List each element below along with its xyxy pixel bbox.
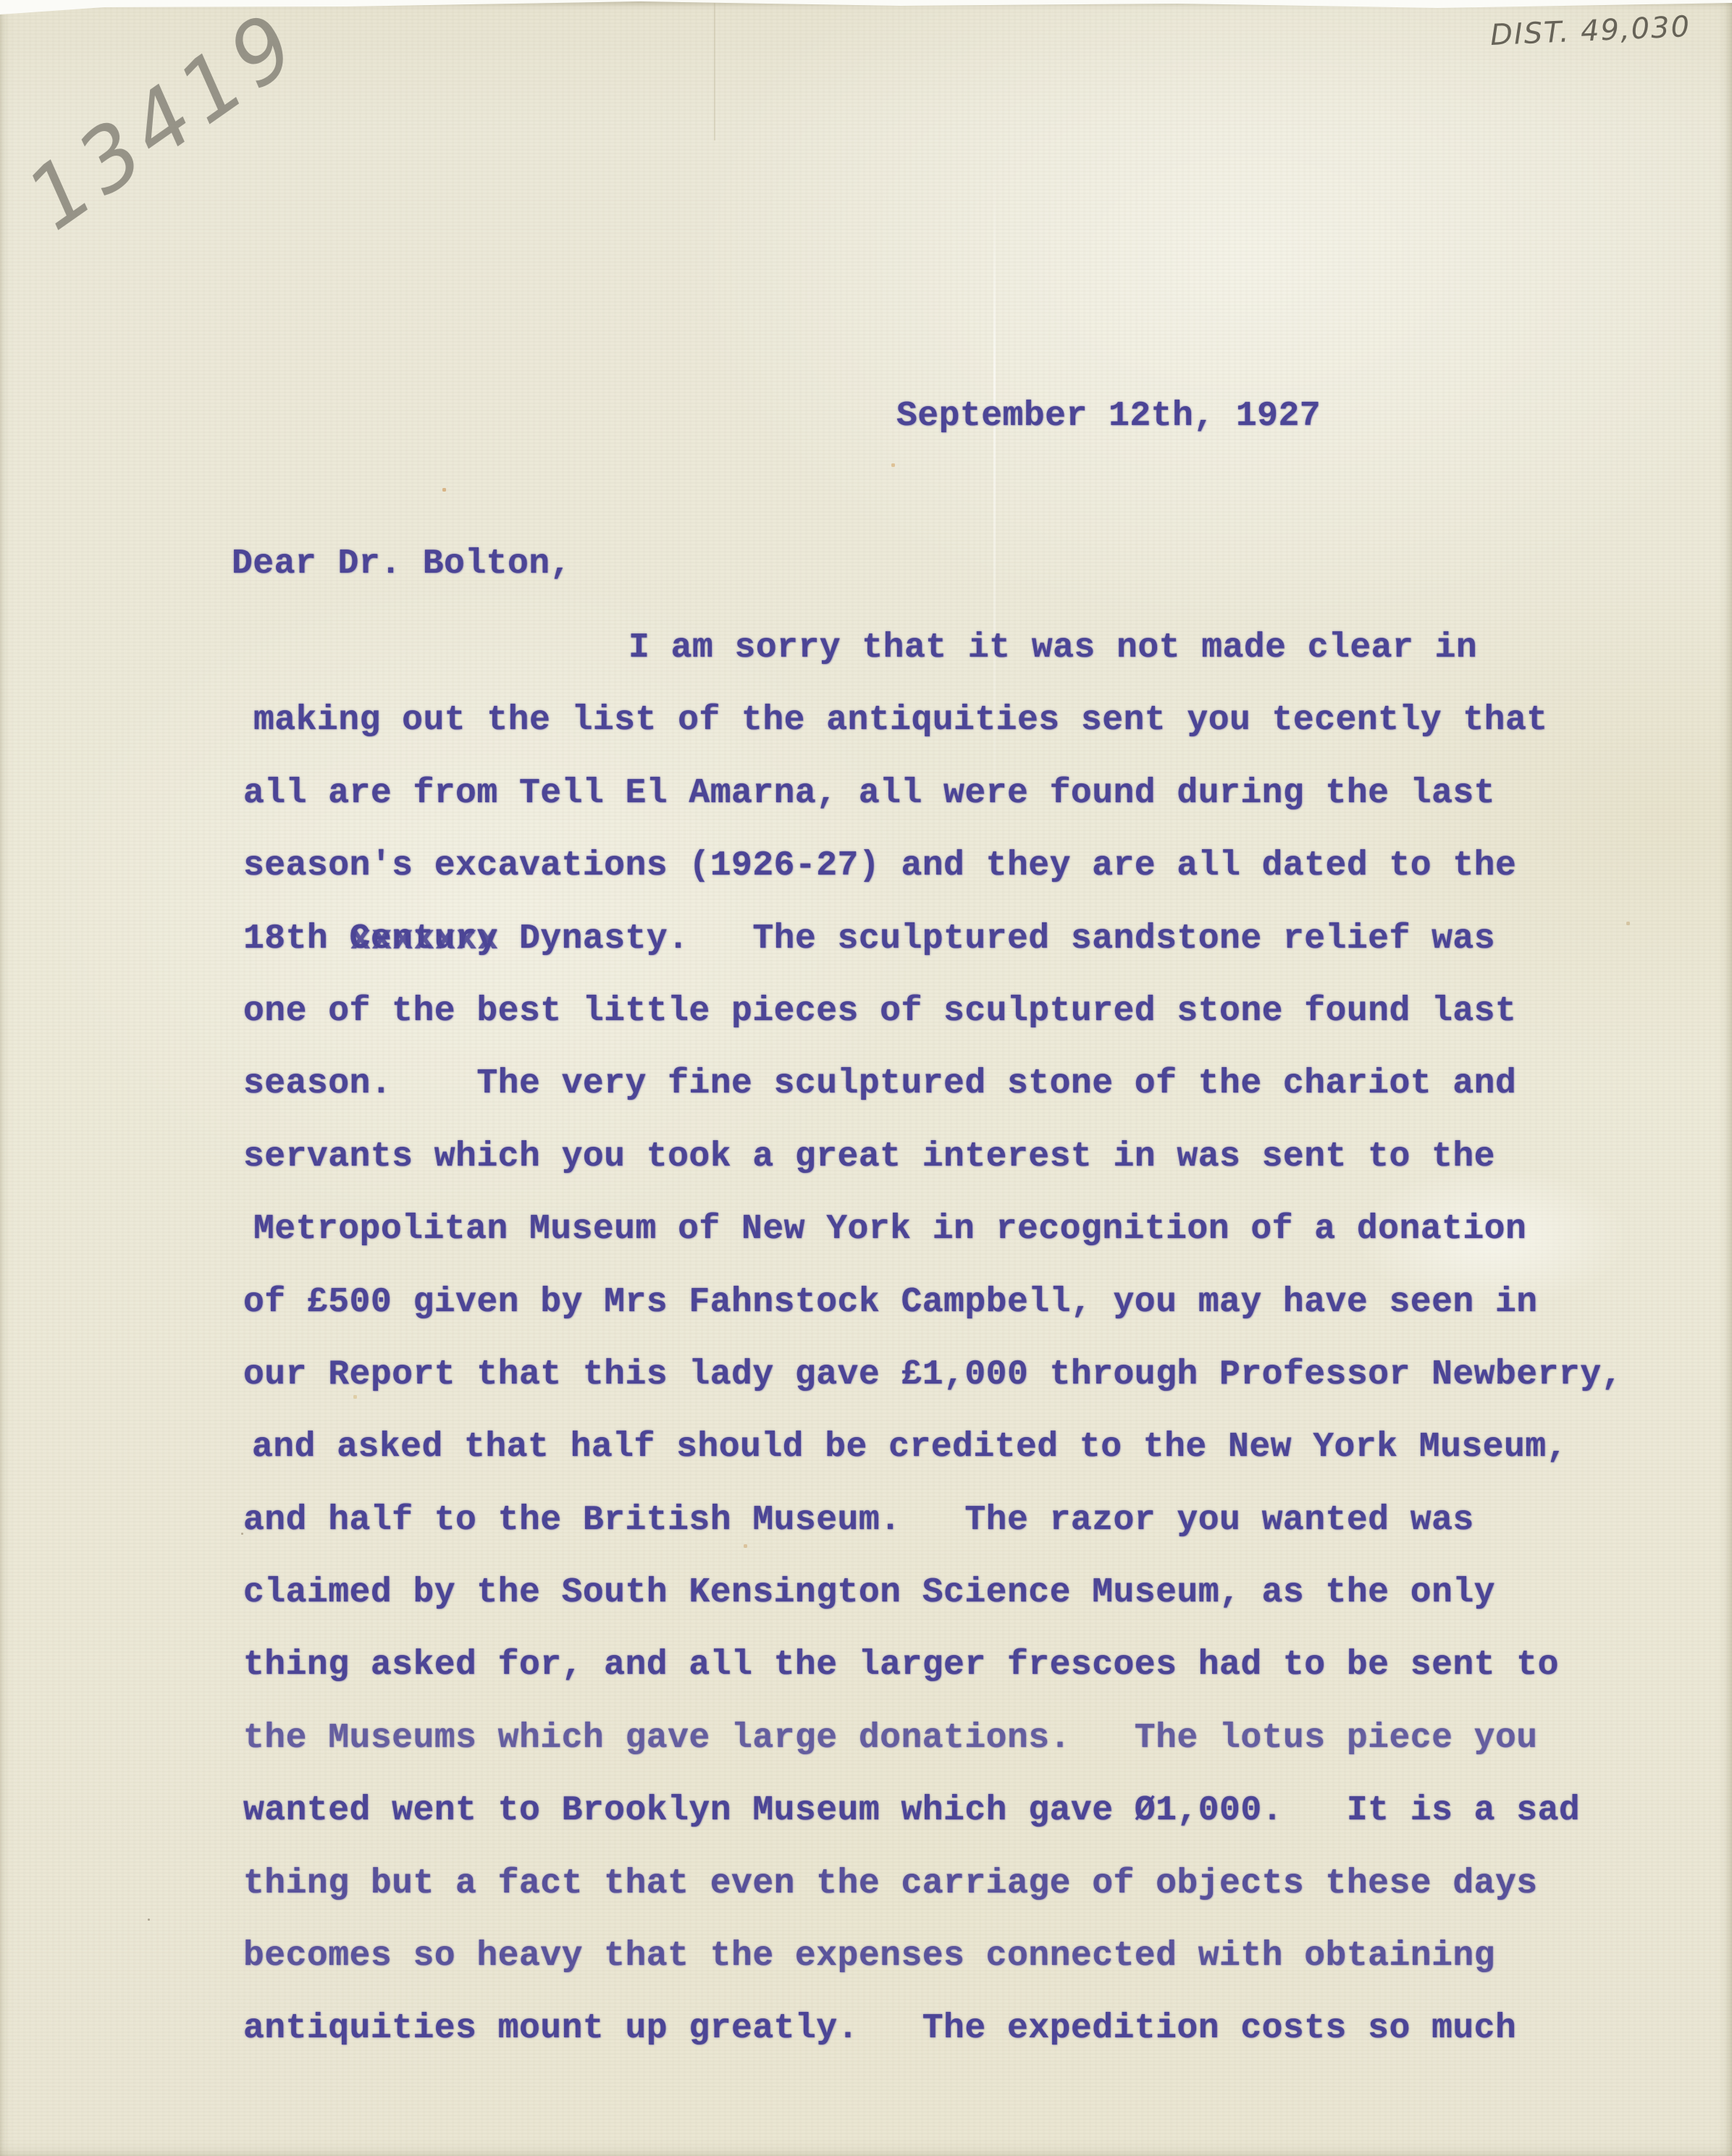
body-line: claimed by the South Kensington Science … bbox=[243, 1557, 1623, 1629]
line-suffix: Dynasty. The sculptured sandstone relief… bbox=[498, 919, 1495, 959]
body-line: thing asked for, and all the larger fres… bbox=[243, 1629, 1623, 1701]
body-line: servants which you took a great interest… bbox=[243, 1121, 1623, 1193]
body-line: of £500 given by Mrs Fahnstock Campbell,… bbox=[243, 1266, 1623, 1339]
body-line: and half to the British Museum. The razo… bbox=[243, 1484, 1623, 1557]
body-line: I am sorry that it was not made clear in bbox=[243, 612, 1623, 684]
body-line: the Museums which gave large donations. … bbox=[243, 1702, 1623, 1774]
body-line: making out the list of the antiquities s… bbox=[253, 684, 1623, 757]
line-prefix: 18th bbox=[243, 919, 350, 959]
body-line: and asked that half should be credited t… bbox=[252, 1411, 1623, 1483]
body-line-with-strikeout: 18th Centuryxxxxxxx Dynasty. The sculptu… bbox=[243, 903, 1623, 975]
body-line: all are from Tell El Amarna, all were fo… bbox=[243, 757, 1623, 830]
struck-word-over: xxxxxxx bbox=[350, 904, 499, 976]
body-line: season. The very fine sculptured stone o… bbox=[243, 1048, 1623, 1120]
body-line: wanted went to Brooklyn Museum which gav… bbox=[243, 1774, 1623, 1847]
overstruck-word: Centuryxxxxxxx bbox=[350, 903, 498, 975]
letter-date: September 12th, 1927 bbox=[896, 397, 1321, 436]
letter-body: I am sorry that it was not made clear in… bbox=[243, 612, 1623, 2066]
body-line: thing but a fact that even the carriage … bbox=[243, 1848, 1623, 1920]
letter-salutation: Dear Dr. Bolton, bbox=[232, 544, 571, 584]
body-line: becomes so heavy that the expenses conne… bbox=[243, 1920, 1623, 1992]
paper-specks bbox=[0, 0, 1, 1]
body-line: our Report that this lady gave £1,000 th… bbox=[243, 1339, 1623, 1411]
body-line: antiquities mount up greatly. The expedi… bbox=[243, 1992, 1623, 2065]
body-line: one of the best little pieces of sculptu… bbox=[243, 975, 1623, 1048]
body-line: Metropolitan Museum of New York in recog… bbox=[253, 1193, 1623, 1266]
body-line: season's excavations (1926-27) and they … bbox=[243, 830, 1623, 902]
